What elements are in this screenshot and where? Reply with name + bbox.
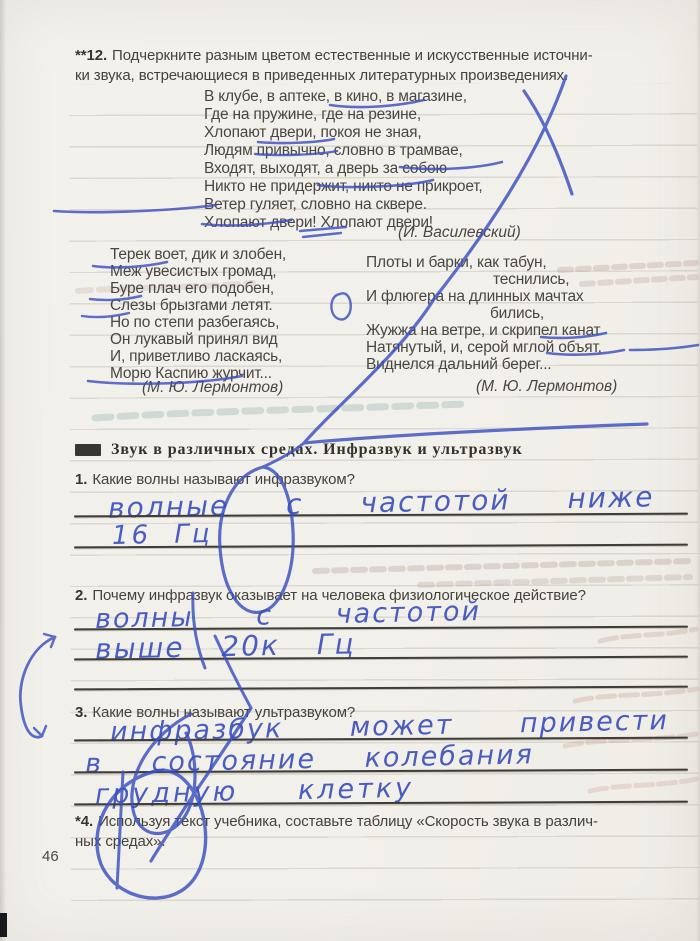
poem-lermontov-left: Терек воет, дик и злобен, Меж увесистых …: [110, 246, 286, 382]
workbook-page-scan: **12.Подчеркните разным цветом естествен…: [0, 0, 700, 941]
question-3-number: 3.: [75, 704, 87, 721]
question-4-number: *4.: [75, 813, 93, 830]
poem-lermontov-right-attribution: (М. Ю. Лермонтов): [476, 378, 617, 396]
poem-line: В клубе, в аптеке, в кино, в магазине,: [204, 88, 483, 106]
poem-line: Людям привычно, словно в трамвае,: [204, 142, 483, 160]
poem-vasilevsky: В клубе, в аптеке, в кино, в магазине, Г…: [204, 88, 483, 232]
pen-margin-arrowhead: [34, 728, 42, 736]
question-1-number: 1.: [75, 471, 87, 488]
poem-line: Никто не придержит, никто не прикроет,: [204, 178, 483, 196]
poem-line: Натянутый, и, серой мглой объят,: [366, 339, 602, 356]
pen-margin-arrow: [20, 637, 55, 737]
task-12-line2: ки звука, встречающиеся в приведенных ли…: [75, 67, 568, 84]
poem-line: Жужжа на ветре, и скрипел канат: [366, 322, 602, 339]
question-2-number: 2.: [75, 587, 87, 604]
pen-margin-arrowhead: [51, 637, 55, 647]
poem-line: И флюгера на длинных мачтах: [366, 288, 602, 305]
section-title: Звук в различных средах. Инфразвук и уль…: [111, 441, 523, 459]
poem-line: Буре плач его подобен,: [110, 280, 286, 297]
poem-line: Меж увесистых громад,: [110, 263, 286, 280]
page-number: 46: [42, 848, 59, 865]
poem-line: И, приветливо ласкаясь,: [110, 348, 286, 365]
question-4-line-1: *4.Используя текст учебника, составьте т…: [75, 812, 598, 832]
scan-edge-shadow-left: [0, 0, 6, 941]
task-12-number: **12.: [75, 47, 107, 64]
poem-lermontov-left-attribution: (М. Ю. Лермонтов): [142, 379, 283, 397]
scan-artifact-bar: [0, 913, 7, 937]
pen-margin-arrowhead: [42, 726, 46, 736]
poem-line: теснились,: [493, 271, 602, 288]
poem-line: Терек воет, дик и злобен,: [110, 246, 286, 263]
poem-line: Ветер гуляет, словно на сквере.: [204, 196, 483, 214]
question-4-text-line2: ных средах».: [75, 833, 166, 850]
poem-vasilevsky-attribution: (И. Василевский): [398, 224, 521, 242]
poem-line: Виднелся дальний берег...: [366, 356, 602, 373]
question-4-text-line1: Используя текст учебника, составьте табл…: [98, 813, 598, 830]
poem-line: Хлопают двери, покоя не зная,: [204, 124, 483, 142]
poem-line: Слезы брызгами летят.: [110, 297, 286, 314]
question-4-line-2: ных средах».: [75, 832, 166, 852]
task-12-text-line-1: **12.Подчеркните разным цветом естествен…: [75, 46, 593, 66]
poem-line: Входят, выходят, а дверь за собою: [204, 160, 483, 178]
task-12-text-line-2: ки звука, встречающиеся в приведенных ли…: [75, 66, 568, 86]
poem-line: бились,: [490, 305, 602, 322]
poem-line: Плоты и барки, как табун,: [366, 254, 602, 271]
poem-line: Но по степи разбегаясь,: [110, 314, 286, 331]
task-12-line1: Подчеркните разным цветом естественные и…: [112, 47, 593, 64]
poem-line: Он лукавый принял вид: [110, 331, 286, 348]
section-header: Звук в различных средах. Инфразвук и уль…: [75, 441, 523, 459]
question-1-text: Какие волны называют инфразвуком?: [92, 471, 355, 488]
section-marker-square: [75, 444, 101, 456]
pen-margin-arrowhead: [44, 634, 55, 637]
scan-edge-shadow-right: [696, 0, 700, 941]
poem-lermontov-right: Плоты и барки, как табун, теснились, И ф…: [366, 254, 602, 373]
poem-line: Где на пружине, где на резине,: [204, 106, 483, 124]
